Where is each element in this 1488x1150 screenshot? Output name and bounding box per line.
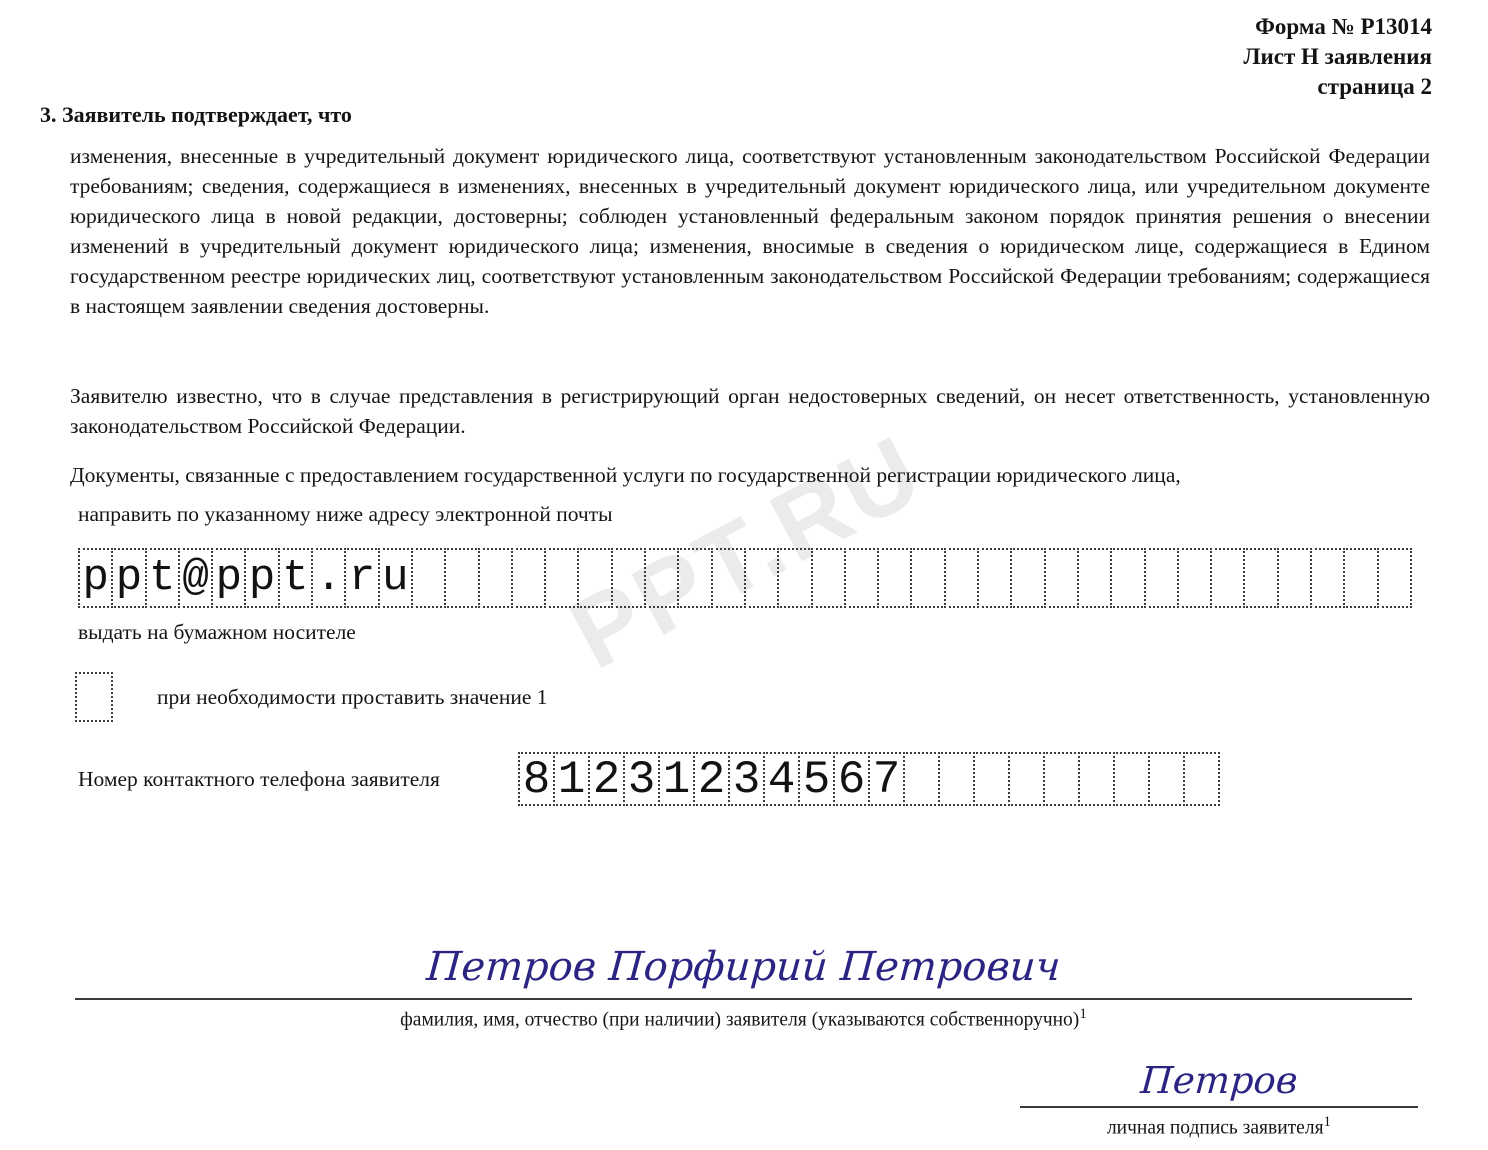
char-cell [1183, 752, 1220, 806]
char-cell: p [244, 548, 279, 608]
char-cell [744, 548, 779, 608]
char-cell: 2 [588, 752, 625, 806]
char-cell [877, 548, 912, 608]
char-cell [1310, 548, 1345, 608]
phone-field-label: Номер контактного телефона заявителя [78, 767, 518, 792]
char-cell [1077, 548, 1112, 608]
personal-signature-block: Петров личная подпись заявителя1 [1020, 1058, 1418, 1140]
char-cell [411, 548, 446, 608]
checkbox-hint: при необходимости проставить значение 1 [157, 685, 548, 710]
char-cell: 8 [518, 752, 555, 806]
confirmation-paragraph: изменения, внесенные в учредительный док… [70, 141, 1430, 321]
full-name-signature-block: Петров Порфирий Петрович фамилия, имя, о… [75, 938, 1412, 1032]
full-name-caption-text: фамилия, имя, отчество (при наличии) зая… [400, 1010, 1079, 1031]
form-page: Форма № Р13014 Лист Н заявления страница… [0, 0, 1488, 1150]
char-cell [1010, 548, 1045, 608]
char-cell [1277, 548, 1312, 608]
sheet-name: Лист Н заявления [1243, 42, 1432, 72]
email-field-label: направить по указанному ниже адресу элек… [78, 502, 613, 527]
char-cell [1177, 548, 1212, 608]
paper-copy-checkbox-row: при необходимости проставить значение 1 [75, 672, 548, 722]
char-cell [1078, 752, 1115, 806]
char-cell: 3 [623, 752, 660, 806]
char-cell: r [344, 548, 379, 608]
char-cell [903, 752, 940, 806]
footnote-mark: 1 [1324, 1114, 1332, 1130]
page-number: страница 2 [1243, 72, 1432, 102]
char-cell [478, 548, 513, 608]
char-cell: 1 [658, 752, 695, 806]
liability-paragraph: Заявителю известно, что в случае предста… [70, 381, 1430, 441]
char-cell [1343, 548, 1378, 608]
char-cell: . [311, 548, 346, 608]
char-cell [811, 548, 846, 608]
char-cell: 1 [553, 752, 590, 806]
full-name-signature: Петров Порфирий Петрович [73, 938, 1414, 998]
char-cell [1377, 548, 1412, 608]
char-cell [944, 548, 979, 608]
char-cell: p [78, 548, 113, 608]
char-cell [1144, 548, 1179, 608]
char-cell: 7 [868, 752, 905, 806]
char-cell [644, 548, 679, 608]
footnote-mark: 1 [1079, 1006, 1087, 1022]
char-cell [577, 548, 612, 608]
char-cell: u [378, 548, 413, 608]
char-cell [1008, 752, 1045, 806]
char-cell [844, 548, 879, 608]
personal-signature-caption: личная подпись заявителя1 [1020, 1114, 1418, 1140]
char-cell [711, 548, 746, 608]
char-cell [938, 752, 975, 806]
email-field[interactable]: ppt@ppt.ru [78, 548, 1412, 608]
char-cell [677, 548, 712, 608]
paper-copy-label: выдать на бумажном носителе [78, 620, 356, 645]
char-cell [544, 548, 579, 608]
char-cell: @ [178, 548, 213, 608]
char-cell: 5 [798, 752, 835, 806]
char-cell: p [211, 548, 246, 608]
char-cell [910, 548, 945, 608]
signature-line [75, 998, 1412, 1000]
char-cell [1148, 752, 1185, 806]
paper-copy-checkbox[interactable] [75, 672, 113, 722]
phone-row: Номер контактного телефона заявителя 812… [78, 752, 1220, 806]
char-cell [1110, 548, 1145, 608]
form-header: Форма № Р13014 Лист Н заявления страница… [1243, 12, 1432, 102]
char-cell [444, 548, 479, 608]
personal-signature-line [1020, 1106, 1418, 1108]
char-cell [977, 548, 1012, 608]
section-title: 3. Заявитель подтверждает, что [40, 102, 352, 128]
char-cell [1243, 548, 1278, 608]
char-cell [777, 548, 812, 608]
char-cell: t [145, 548, 180, 608]
char-cell [611, 548, 646, 608]
full-name-caption: фамилия, имя, отчество (при наличии) зая… [75, 1006, 1412, 1032]
char-cell [1210, 548, 1245, 608]
form-number: Форма № Р13014 [1243, 12, 1432, 42]
char-cell: t [278, 548, 313, 608]
phone-field[interactable]: 81231234567 [518, 752, 1220, 806]
char-cell [511, 548, 546, 608]
personal-signature: Петров [1018, 1058, 1419, 1106]
char-cell: 2 [693, 752, 730, 806]
char-cell: p [111, 548, 146, 608]
char-cell: 3 [728, 752, 765, 806]
char-cell [1043, 752, 1080, 806]
char-cell [1044, 548, 1079, 608]
documents-paragraph: Документы, связанные с предоставлением г… [70, 460, 1430, 490]
char-cell: 6 [833, 752, 870, 806]
personal-signature-caption-text: личная подпись заявителя [1107, 1118, 1324, 1139]
char-cell [1113, 752, 1150, 806]
char-cell [973, 752, 1010, 806]
char-cell: 4 [763, 752, 800, 806]
